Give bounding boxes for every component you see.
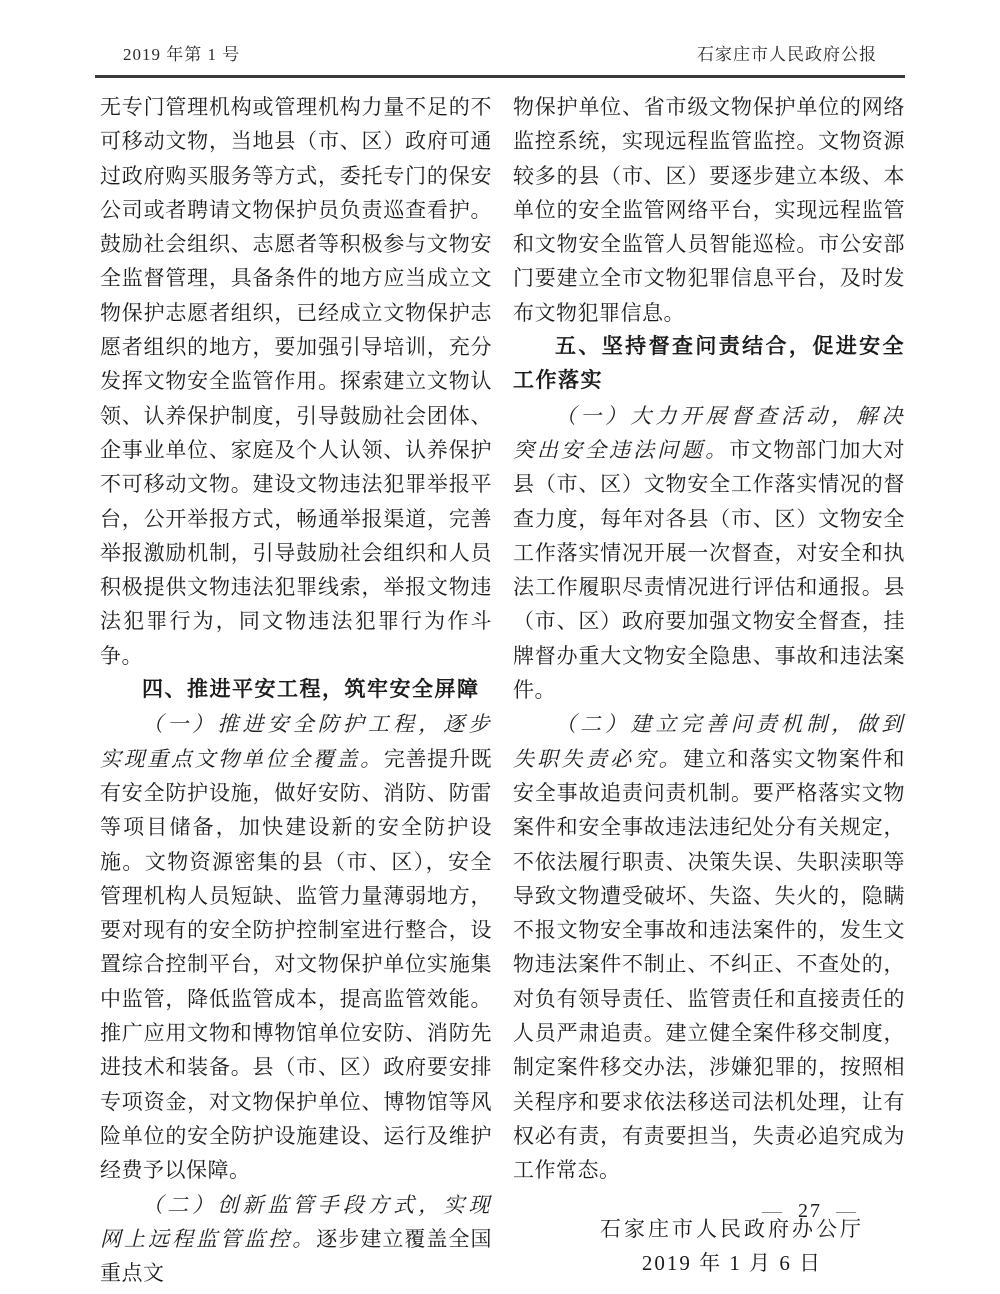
- page-number: —27—: [748, 1200, 872, 1223]
- heading-text: 四、推进平安工程，筑牢安全屏障: [142, 678, 480, 701]
- paragraph: （一）推进安全防护工程，逐步实现重点文物单位全覆盖。完善提升既有安全防护设施，做…: [100, 707, 492, 1187]
- page-header: 2019 年第 1 号 石家庄市人民政府公报: [95, 40, 905, 78]
- paragraph: 物保护单位、省市级文物保护单位的网络监控系统，实现远程监管监控。文物资源较多的县…: [513, 90, 905, 330]
- left-column: 无专门管理机构或管理机构力量不足的不可移动文物，当地县（市、区）政府可通过政府购…: [100, 90, 492, 1290]
- body-columns: 无专门管理机构或管理机构力量不足的不可移动文物，当地县（市、区）政府可通过政府购…: [100, 90, 905, 1290]
- paragraph: （二）创新监管手段方式，实现网上远程监管监控。逐步建立覆盖全国重点文: [100, 1188, 492, 1291]
- issue-label: 2019 年第 1 号: [123, 40, 240, 65]
- paragraph: （一）大力开展督查活动，解决突出安全违法问题。市文物部门加大对县（市、区）文物安…: [513, 399, 905, 708]
- paragraph-text: 物保护单位、省市级文物保护单位的网络监控系统，实现远程监管监控。文物资源较多的县…: [513, 95, 905, 325]
- right-column: 物保护单位、省市级文物保护单位的网络监控系统，实现远程监管监控。文物资源较多的县…: [513, 90, 905, 1290]
- paragraph-text: 建立和落实文物案件和安全事故追责问责机制。要严格落实文物案件和安全事故违法违纪处…: [513, 747, 905, 1183]
- paragraph: （二）建立完善问责机制，做到失职失责必究。建立和落实文物案件和安全事故追责问责机…: [513, 707, 905, 1187]
- page-number-dash-right: —: [822, 1200, 872, 1222]
- header-divider: [95, 75, 905, 78]
- gazette-page: 2019 年第 1 号 石家庄市人民政府公报 无专门管理机构或管理机构力量不足的…: [0, 0, 1000, 1294]
- heading-text: 五、坚持督查问责结合，促进安全工作落实: [513, 335, 905, 392]
- section-heading-4: 四、推进平安工程，筑牢安全屏障: [100, 673, 492, 707]
- section-heading-5: 五、坚持督查问责结合，促进安全工作落实: [513, 330, 905, 399]
- issue-date: 2019 年 1 月 6 日: [559, 1246, 905, 1280]
- paragraph: 无专门管理机构或管理机构力量不足的不可移动文物，当地县（市、区）政府可通过政府购…: [100, 90, 492, 673]
- paragraph-text: 无专门管理机构或管理机构力量不足的不可移动文物，当地县（市、区）政府可通过政府购…: [100, 95, 492, 668]
- paragraph-text: 完善提升既有安全防护设施，做好安防、消防、防雷等项目储备，加快建设新的安全防护设…: [100, 747, 492, 1183]
- paragraph-text: 市文物部门加大对县（市、区）文物安全工作落实情况的督查力度，每年对各县（市、区）…: [513, 438, 905, 702]
- page-number-value: 27: [798, 1200, 822, 1222]
- gazette-title: 石家庄市人民政府公报: [697, 40, 877, 65]
- page-number-dash-left: —: [748, 1200, 798, 1222]
